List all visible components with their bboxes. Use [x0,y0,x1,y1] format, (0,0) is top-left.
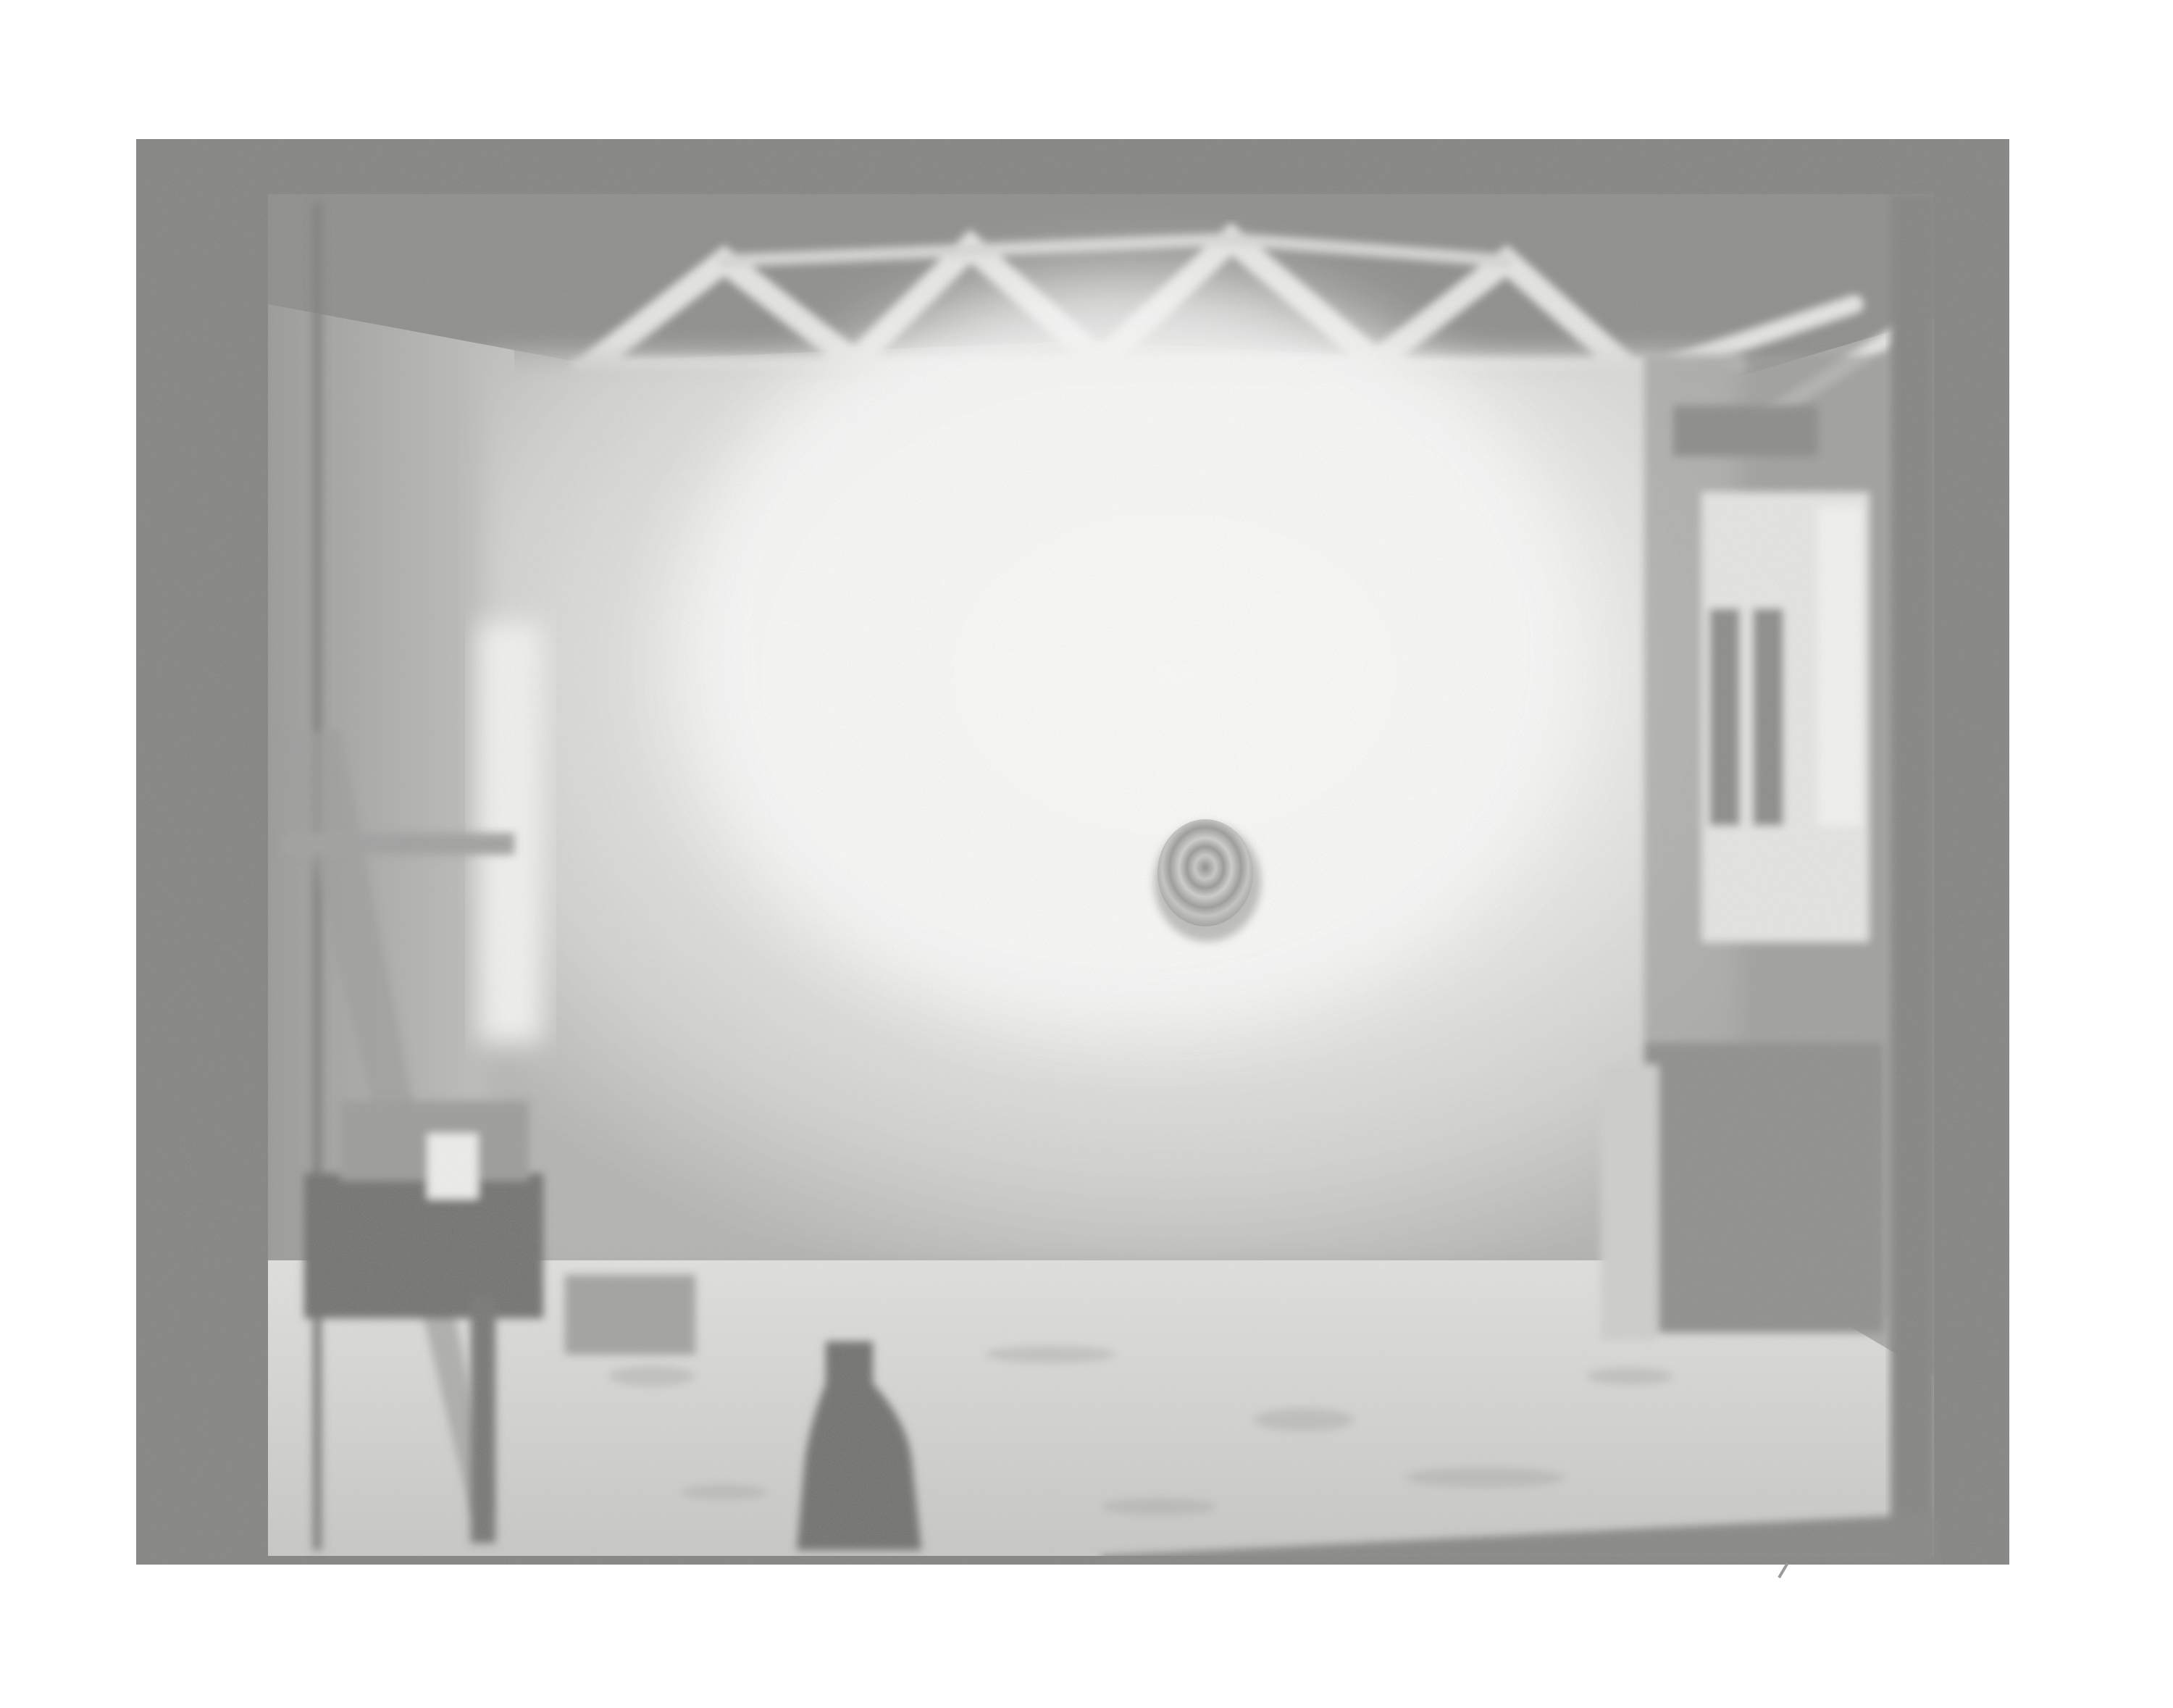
shelving [1601,355,1891,1340]
floor-box [565,1275,695,1355]
graphite-drawing [0,0,2173,1708]
